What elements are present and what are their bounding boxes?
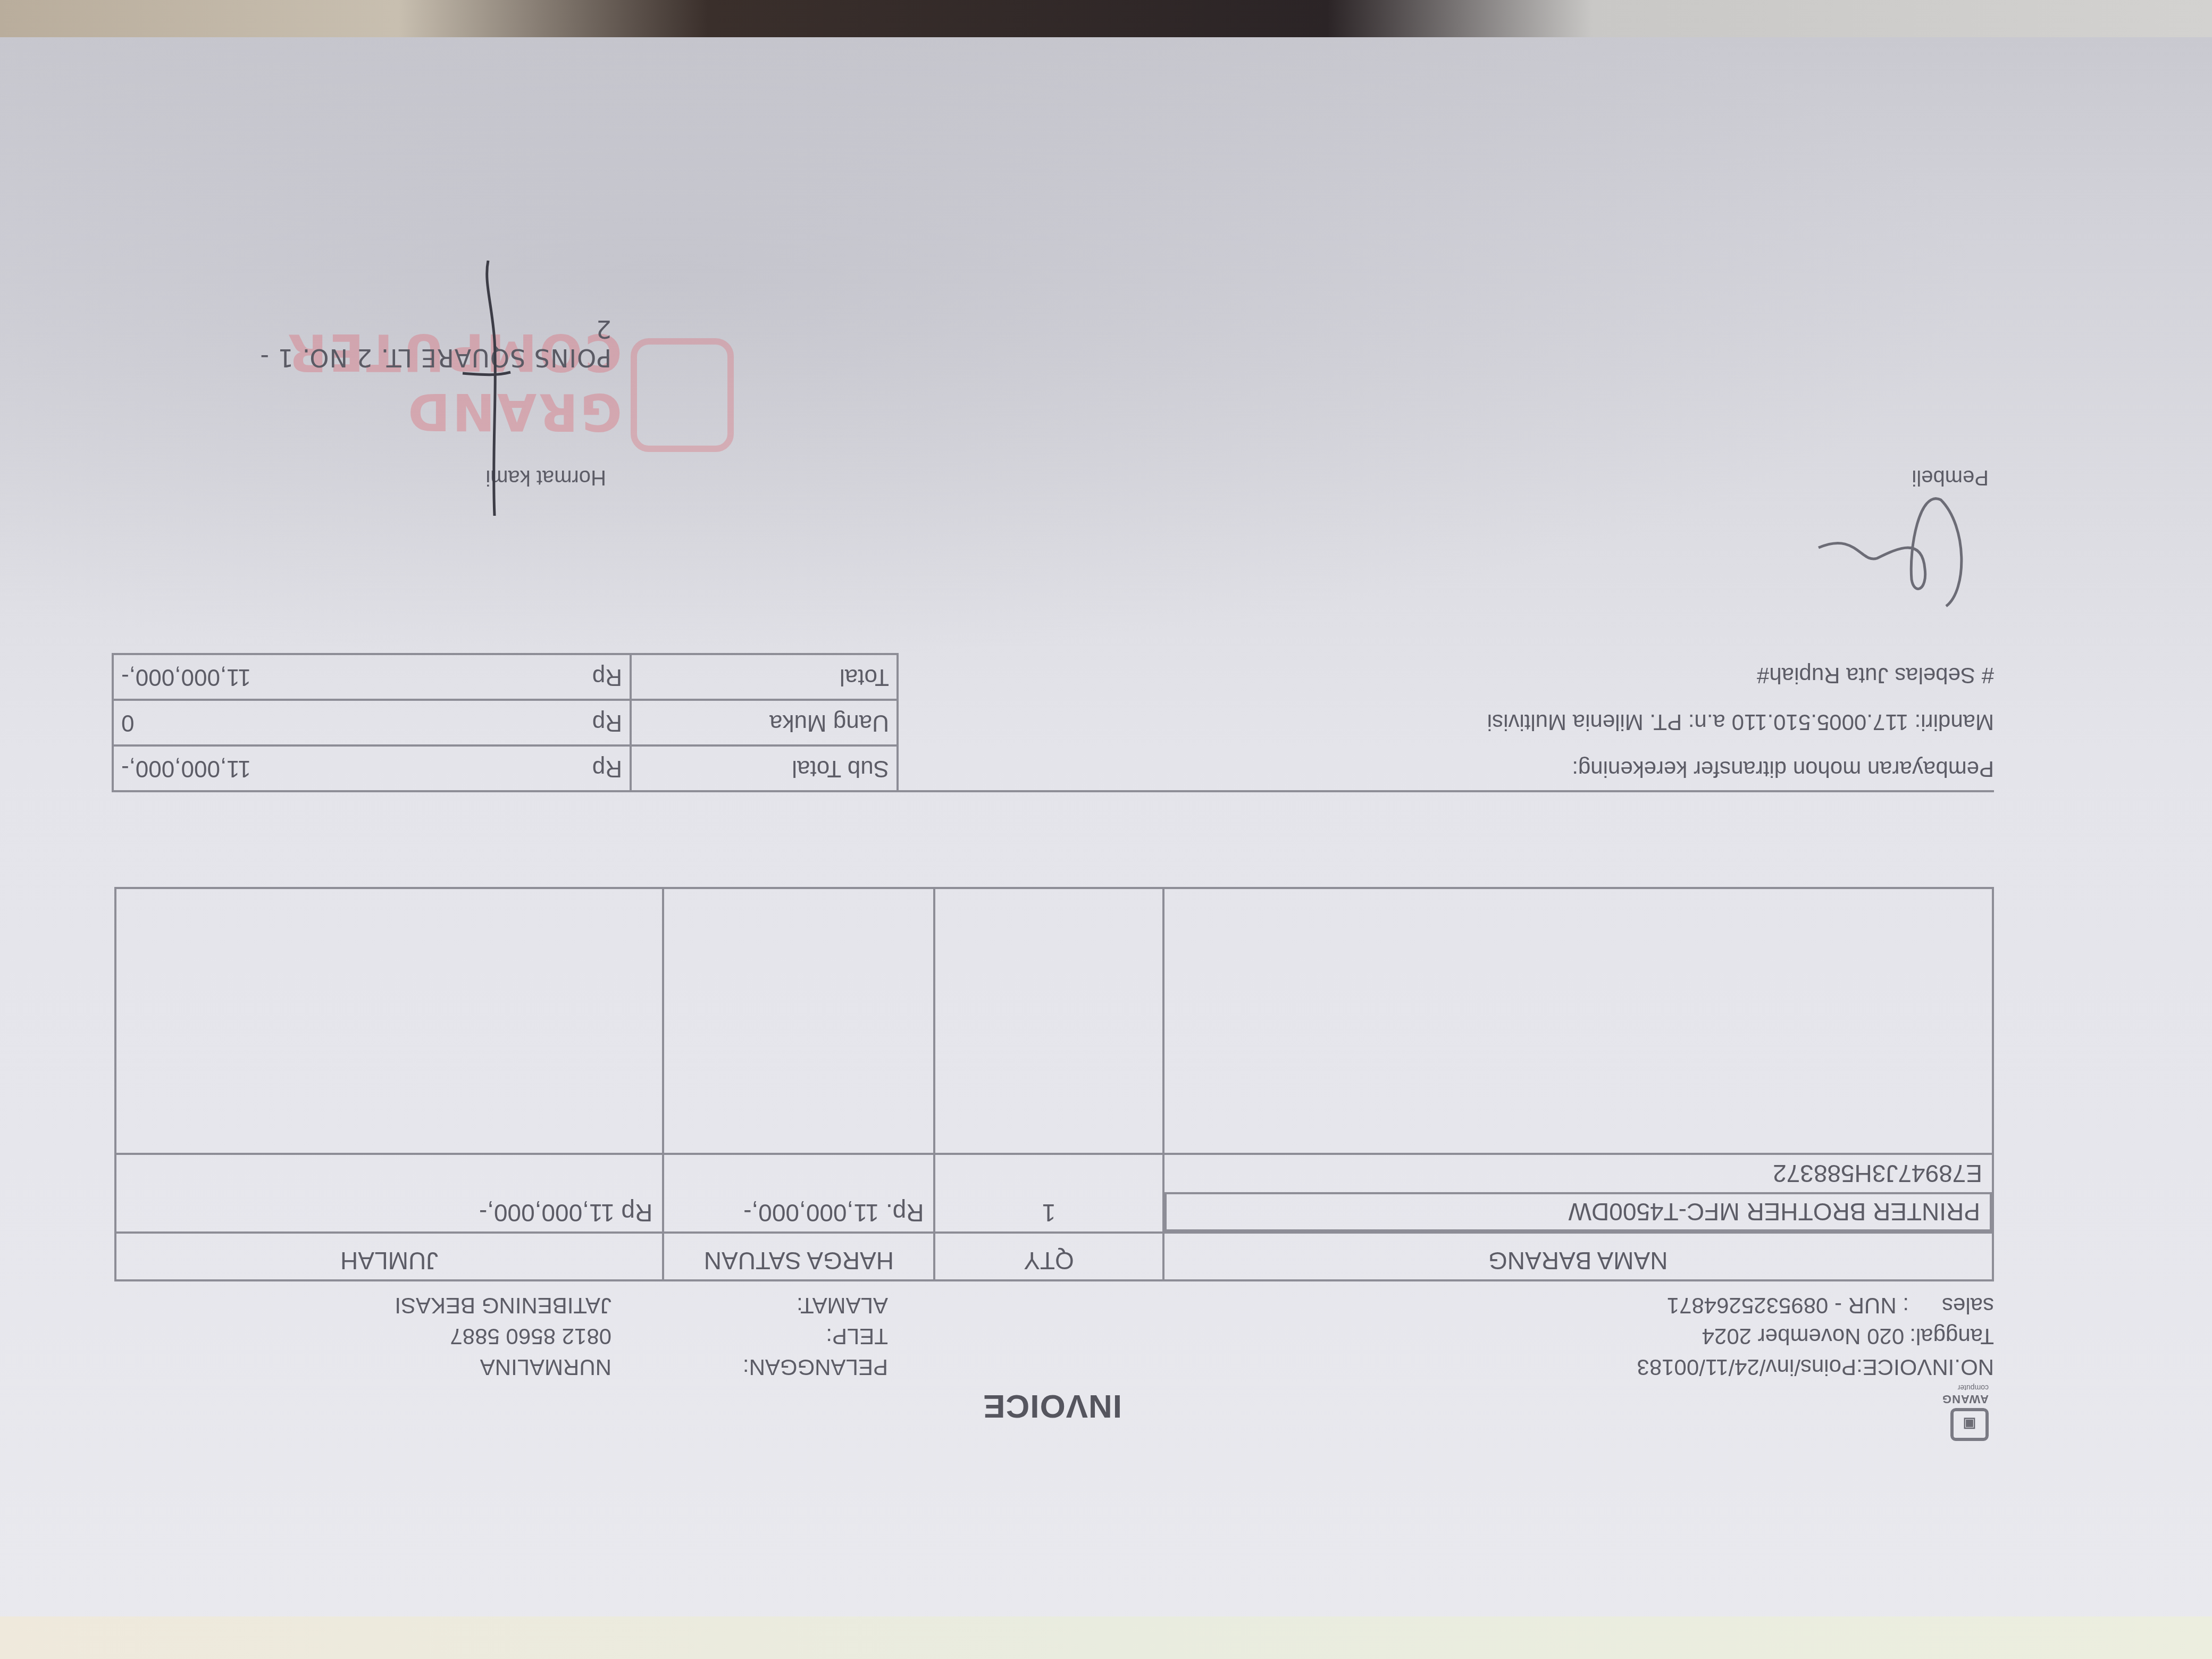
total-currency: Rp	[585, 654, 631, 700]
stamp-address: POINS SQUARE LT. 2 NO. 1 - 2	[239, 315, 611, 372]
table-row: PRINTER BROTHER MFC-T4500DW E78947J3H588…	[115, 1154, 1993, 1233]
subtotal-row: Sub Total Rp 11,000,000,-	[113, 745, 898, 791]
sales-value: : NUR - 0895325264871	[1667, 1290, 1909, 1321]
bank-account: Mandiri: 117.0005.510.110 a.n: PT. Milen…	[984, 699, 1994, 745]
customer-address-label: ALAMAT:	[611, 1290, 888, 1321]
total-row: Total Rp 11,000,000,-	[113, 654, 898, 700]
invoice-date-label: Tanggal:	[1909, 1321, 1994, 1352]
sales-label: sales	[1909, 1290, 1994, 1321]
item-serial: E78947J3H588372	[1174, 1159, 1982, 1188]
sales-row: sales : NUR - 0895325264871	[1637, 1290, 1994, 1321]
invoice-document: ▣ AWANG computer INVOICE NO.INVOICE: Poi…	[117, 346, 1999, 1441]
empty-cell	[1163, 888, 1993, 1154]
customer-name-label: PELANGGAN:	[611, 1352, 888, 1382]
buyer-signature-icon	[1803, 484, 1978, 611]
customer-name: NURMALINA	[480, 1352, 611, 1382]
invoice-number: Poins/inv/24/11/00183	[1637, 1352, 1856, 1382]
customer-address: JATIBENING BEKASI	[395, 1290, 611, 1321]
customer-name-row: PELANGGAN: NURMALINA	[395, 1352, 888, 1382]
seller-signature-icon	[457, 261, 521, 516]
subtotal-label: Sub Total	[631, 745, 898, 791]
empty-row	[115, 888, 1993, 1154]
subtotal-currency: Rp	[585, 745, 631, 791]
empty-cell	[663, 888, 934, 1154]
header-qty: QTY	[934, 1233, 1163, 1280]
items-table-header: NAMA BARANG QTY HARGA SATUAN JUMLAH	[115, 1233, 1993, 1280]
header-amount: JUMLAH	[115, 1233, 663, 1280]
customer-phone-row: TELP: 0812 8560 5887	[395, 1321, 888, 1352]
items-table: NAMA BARANG QTY HARGA SATUAN JUMLAH PRIN…	[114, 887, 1994, 1281]
company-logo: ▣ AWANG computer	[1930, 1390, 1989, 1441]
invoice-number-label: NO.INVOICE:	[1856, 1352, 1994, 1382]
invoice-meta: NO.INVOICE: Poins/inv/24/11/00183 Tangga…	[1637, 1290, 1994, 1382]
empty-cell	[934, 888, 1163, 1154]
logo-brand: AWANG	[1930, 1392, 1989, 1406]
down-payment-label: Uang Muka	[631, 700, 898, 745]
total-value: 11,000,000,-	[113, 654, 585, 700]
down-payment-row: Uang Muka Rp 0	[113, 700, 898, 745]
item-name: PRINTER BROTHER MFC-T4500DW	[1164, 1192, 1992, 1231]
totals-table: Sub Total Rp 11,000,000,- Uang Muka Rp 0…	[112, 653, 899, 792]
payment-instructions: Pembayaran mohon ditransfer kerekening: …	[984, 652, 1994, 792]
customer-phone: 0812 8560 5887	[450, 1321, 611, 1352]
amount-in-words: # Sebelas Juta Rupiah#	[984, 652, 1994, 699]
down-payment-currency: Rp	[585, 700, 631, 745]
header-item-name: NAMA BARANG	[1163, 1233, 1993, 1280]
invoice-title: INVOICE	[983, 1387, 1122, 1425]
stamp-logo-icon	[631, 338, 734, 452]
subtotal-value: 11,000,000,-	[113, 745, 585, 791]
item-qty: 1	[934, 1154, 1163, 1233]
customer-phone-label: TELP:	[611, 1321, 888, 1352]
company-logo-icon: ▣	[1950, 1408, 1989, 1441]
down-payment-value: 0	[113, 700, 585, 745]
customer-address-row: ALAMAT: JATIBENING BEKASI	[395, 1290, 888, 1321]
photo-background-bottom	[0, 1616, 2212, 1659]
logo-tagline: computer	[1930, 1384, 1989, 1392]
empty-cell	[115, 888, 663, 1154]
header-unit-price: HARGA SATUAN	[663, 1233, 934, 1280]
invoice-number-row: NO.INVOICE: Poins/inv/24/11/00183	[1637, 1352, 1994, 1382]
customer-info: PELANGGAN: NURMALINA TELP: 0812 8560 588…	[395, 1290, 888, 1382]
item-amount: Rp 11,000,000,-	[115, 1154, 663, 1233]
item-cell: PRINTER BROTHER MFC-T4500DW E78947J3H588…	[1163, 1154, 1993, 1233]
total-label: Total	[631, 654, 898, 700]
payment-note: Pembayaran mohon ditransfer kerekening:	[984, 745, 1994, 792]
invoice-date-row: Tanggal: 020 November 2024	[1637, 1321, 1994, 1352]
invoice-date: 020 November 2024	[1702, 1321, 1905, 1352]
item-unit-price: Rp. 11,000,000,-	[663, 1154, 934, 1233]
